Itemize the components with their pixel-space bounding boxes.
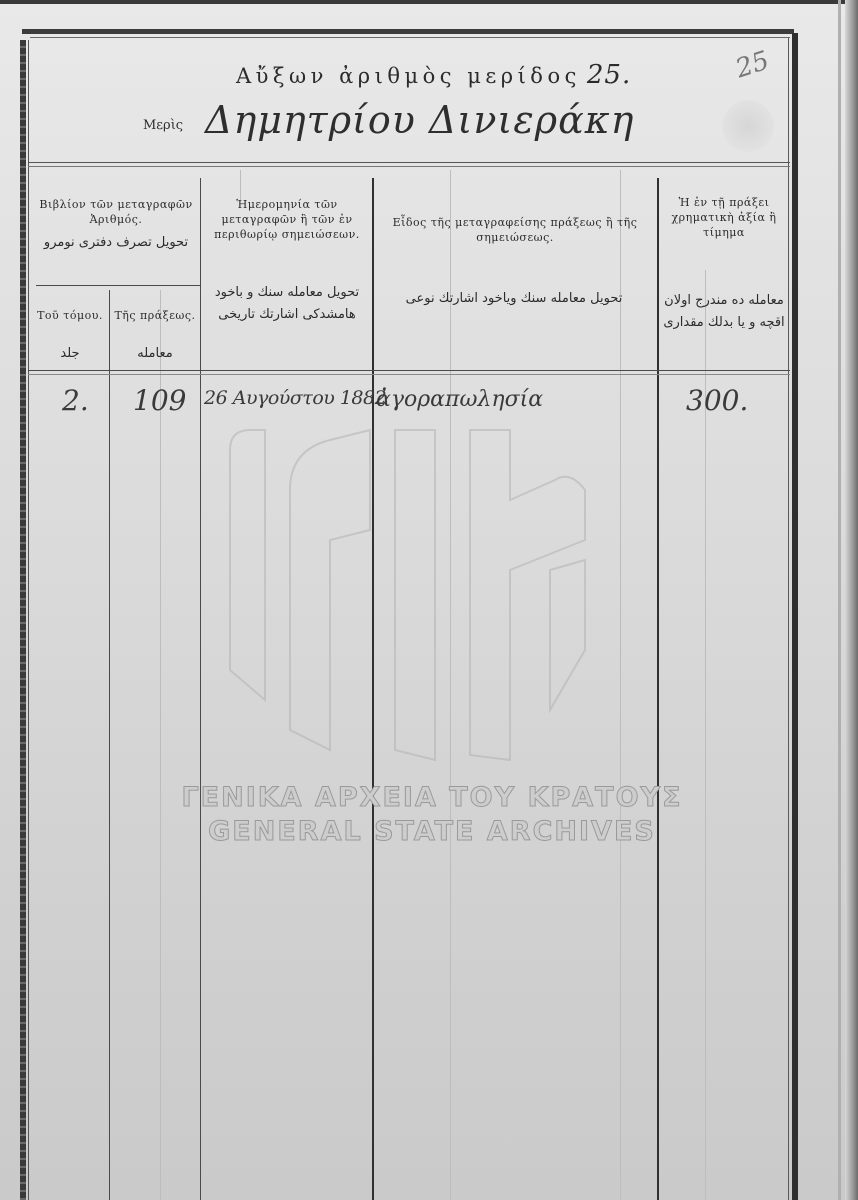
subheader-divider bbox=[36, 285, 200, 286]
subcolumn-divider bbox=[109, 290, 110, 1200]
row-1-transaction-type: ἀγοραπωλησία bbox=[376, 387, 543, 412]
header-volume-greek: Τοῦ τόμου. bbox=[30, 308, 110, 323]
document-page: 25 Αὔξων ἀριθμὸς μερίδος25. Μερὶς Δημητρ… bbox=[0, 0, 858, 1200]
archives-logo-watermark bbox=[210, 410, 620, 780]
row-1-amount: 300. bbox=[686, 384, 748, 417]
page-fold bbox=[838, 0, 841, 1200]
header-bottom-rule bbox=[28, 370, 790, 371]
header-bottom-rule-secondary bbox=[28, 374, 790, 375]
guide-line bbox=[620, 170, 621, 1200]
header-value-greek: Ἡ ἐν τῇ πράξει χρηματικὴ ἀξία ἢ τίμημα bbox=[662, 195, 786, 240]
serial-number-line: Αὔξων ἀριθμὸς μερίδος25. bbox=[236, 60, 631, 90]
serial-number-label: Αὔξων ἀριθμὸς μερίδος bbox=[236, 64, 581, 88]
watermark-text-greek: ΓΕΝΙΚΑ ΑΡΧΕΙΑ ΤΟΥ ΚΡΑΤΟΥΣ bbox=[172, 782, 692, 813]
frame-border-right bbox=[792, 33, 798, 1200]
faded-stamp bbox=[722, 100, 774, 152]
frame-border-right-inner bbox=[788, 38, 789, 1200]
row-1-date: 26 Αυγούστου 1882 bbox=[204, 387, 386, 409]
header-type-greek: Εἶδος τῆς μεταγραφείσης πράξεως ἢ τῆς ση… bbox=[390, 215, 640, 245]
frame-border-top bbox=[22, 29, 794, 34]
title-divider bbox=[28, 162, 790, 163]
frame-border-left bbox=[20, 40, 26, 1200]
watermark-text-english: GENERAL STATE ARCHIVES bbox=[172, 816, 692, 847]
header-volume-ottoman: جلد bbox=[30, 343, 110, 365]
scan-right-edge bbox=[845, 0, 858, 1200]
header-type-ottoman: تحويل معامله سنك وياخود اشارتك نوعی bbox=[386, 288, 642, 310]
scan-top-edge bbox=[0, 0, 858, 4]
corner-pencil-number: 25 bbox=[732, 46, 773, 85]
title-divider-secondary bbox=[28, 166, 790, 167]
header-act-greek: Τῆς πράξεως. bbox=[110, 308, 200, 323]
guide-line bbox=[160, 290, 161, 1200]
guide-line bbox=[240, 170, 241, 200]
header-value-ottoman: معامله ده مندرج اولان اقچه و يا بدلك مقد… bbox=[662, 290, 786, 334]
header-act-ottoman: معامله bbox=[110, 343, 200, 365]
frame-border-left-inner bbox=[28, 40, 29, 1200]
header-book-greek: Βιβλίον τῶν μεταγραφῶν Ἀριθμός. bbox=[30, 197, 202, 227]
meris-owner-name: Δημητρίου Δινιεράκη bbox=[205, 98, 634, 142]
header-date-ottoman: تحويل معامله سنك و باخود هامشدكی اشارتك … bbox=[206, 282, 368, 326]
header-date-greek: Ἡμερομηνία τῶν μεταγραφῶν ἢ τῶν ἐν περιθ… bbox=[204, 197, 370, 242]
frame-border-top-inner bbox=[30, 37, 790, 38]
meris-label: Μερὶς bbox=[143, 118, 183, 133]
column-divider-2 bbox=[200, 178, 201, 1200]
row-1-act-number: 109 bbox=[133, 384, 186, 417]
column-divider-4 bbox=[657, 178, 659, 1200]
serial-number-value: 25. bbox=[587, 60, 631, 90]
row-1-volume: 2. bbox=[62, 384, 89, 417]
header-book-ottoman: تحويل تصرف دفتری نومرو bbox=[32, 232, 200, 254]
